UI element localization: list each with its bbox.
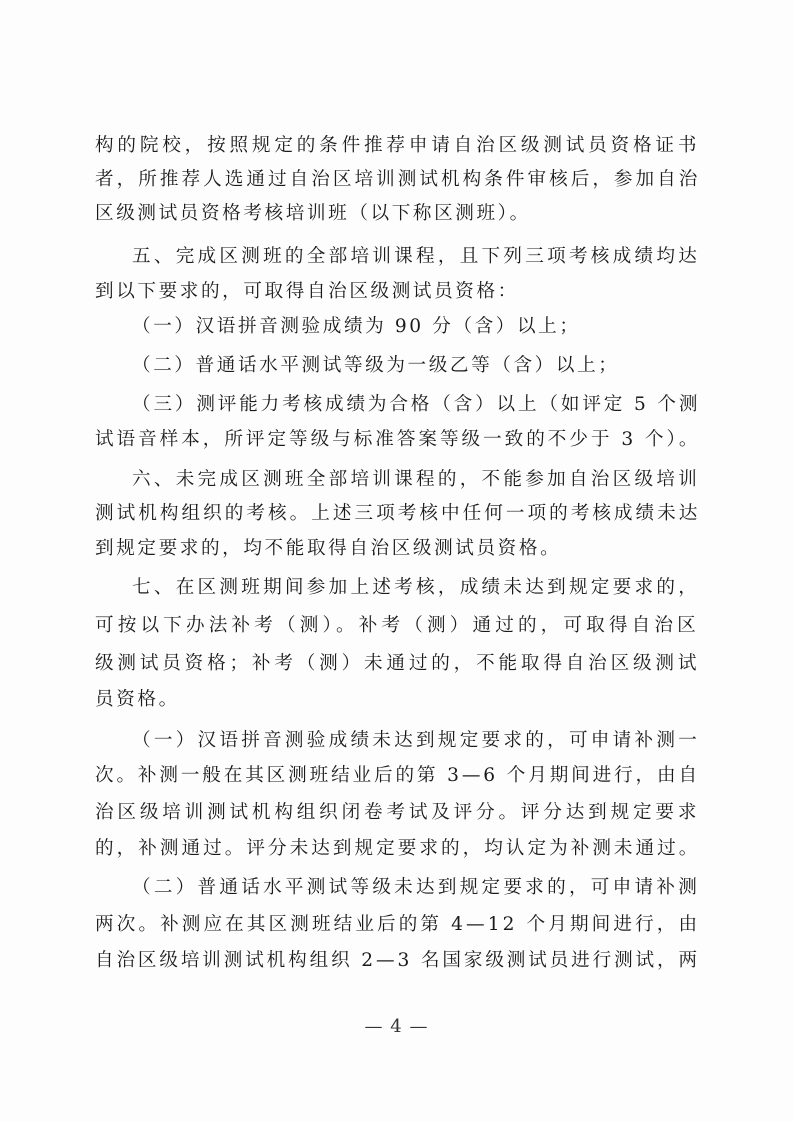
text-line: 者，所推荐人选通过自治区培训测试机构条件审核后，参加自治	[95, 164, 700, 196]
text-line: 构的院校，按照规定的条件推荐申请自治区级测试员资格证书	[95, 130, 700, 162]
text-line: （三）测评能力考核成绩为合格（含）以上（如评定 5 个测	[132, 389, 700, 421]
text-line: 治区级培训测试机构组织闭卷考试及评分。评分达到规定要求	[95, 797, 700, 829]
text-line: 级测试员资格；补考（测）未通过的，不能取得自治区级测试	[95, 648, 700, 680]
text-line: 员资格。	[95, 684, 180, 716]
text-line: 可按以下办法补考（测）。补考（测）通过的，可取得自治区	[95, 610, 700, 642]
text-line: 六、未完成区测班全部培训课程的，不能参加自治区级培训	[132, 464, 700, 496]
text-line: 到以下要求的，可取得自治区级测试员资格：	[95, 276, 519, 308]
text-line: 次。补测一般在其区测班结业后的第 3—6 个月期间进行，由自	[95, 760, 700, 792]
text-line: 区级测试员资格考核培训班（以下称区测班）。	[95, 198, 531, 230]
text-line: （二）普通话水平测试等级为一级乙等（含）以上；	[132, 350, 619, 382]
text-line: （一）汉语拼音测验成绩为 90 分（含）以上；	[132, 311, 581, 343]
text-line: 自治区级培训测试机构组织 2—3 名国家级测试员进行测试，两	[95, 945, 700, 977]
text-line: 测试机构组织的考核。上述三项考核中任何一项的考核成绩未达	[95, 498, 700, 530]
document-page: 构的院校，按照规定的条件推荐申请自治区级测试员资格证书者，所推荐人选通过自治区培…	[0, 0, 793, 1121]
text-line: 五、完成区测班的全部培训课程，且下列三项考核成绩均达	[132, 241, 700, 273]
text-line: 的，补测通过。评分未达到规定要求的，均认定为补测未通过。	[95, 833, 700, 865]
text-line: 两次。补测应在其区测班结业后的第 4—12 个月期间进行，由	[95, 909, 700, 941]
page-number: — 4 —	[0, 1012, 793, 1042]
text-line: （一）汉语拼音测验成绩未达到规定要求的，可申请补测一	[132, 725, 700, 757]
text-line: 试语音样本，所评定等级与标准答案等级一致的不少于 3 个）。	[95, 424, 700, 456]
text-line: （二）普通话水平测试等级未达到规定要求的，可申请补测	[132, 872, 700, 904]
text-line: 七、在区测班期间参加上述考核，成绩未达到规定要求的，	[132, 572, 700, 604]
text-line: 到规定要求的，均不能取得自治区级测试员资格。	[95, 533, 561, 565]
